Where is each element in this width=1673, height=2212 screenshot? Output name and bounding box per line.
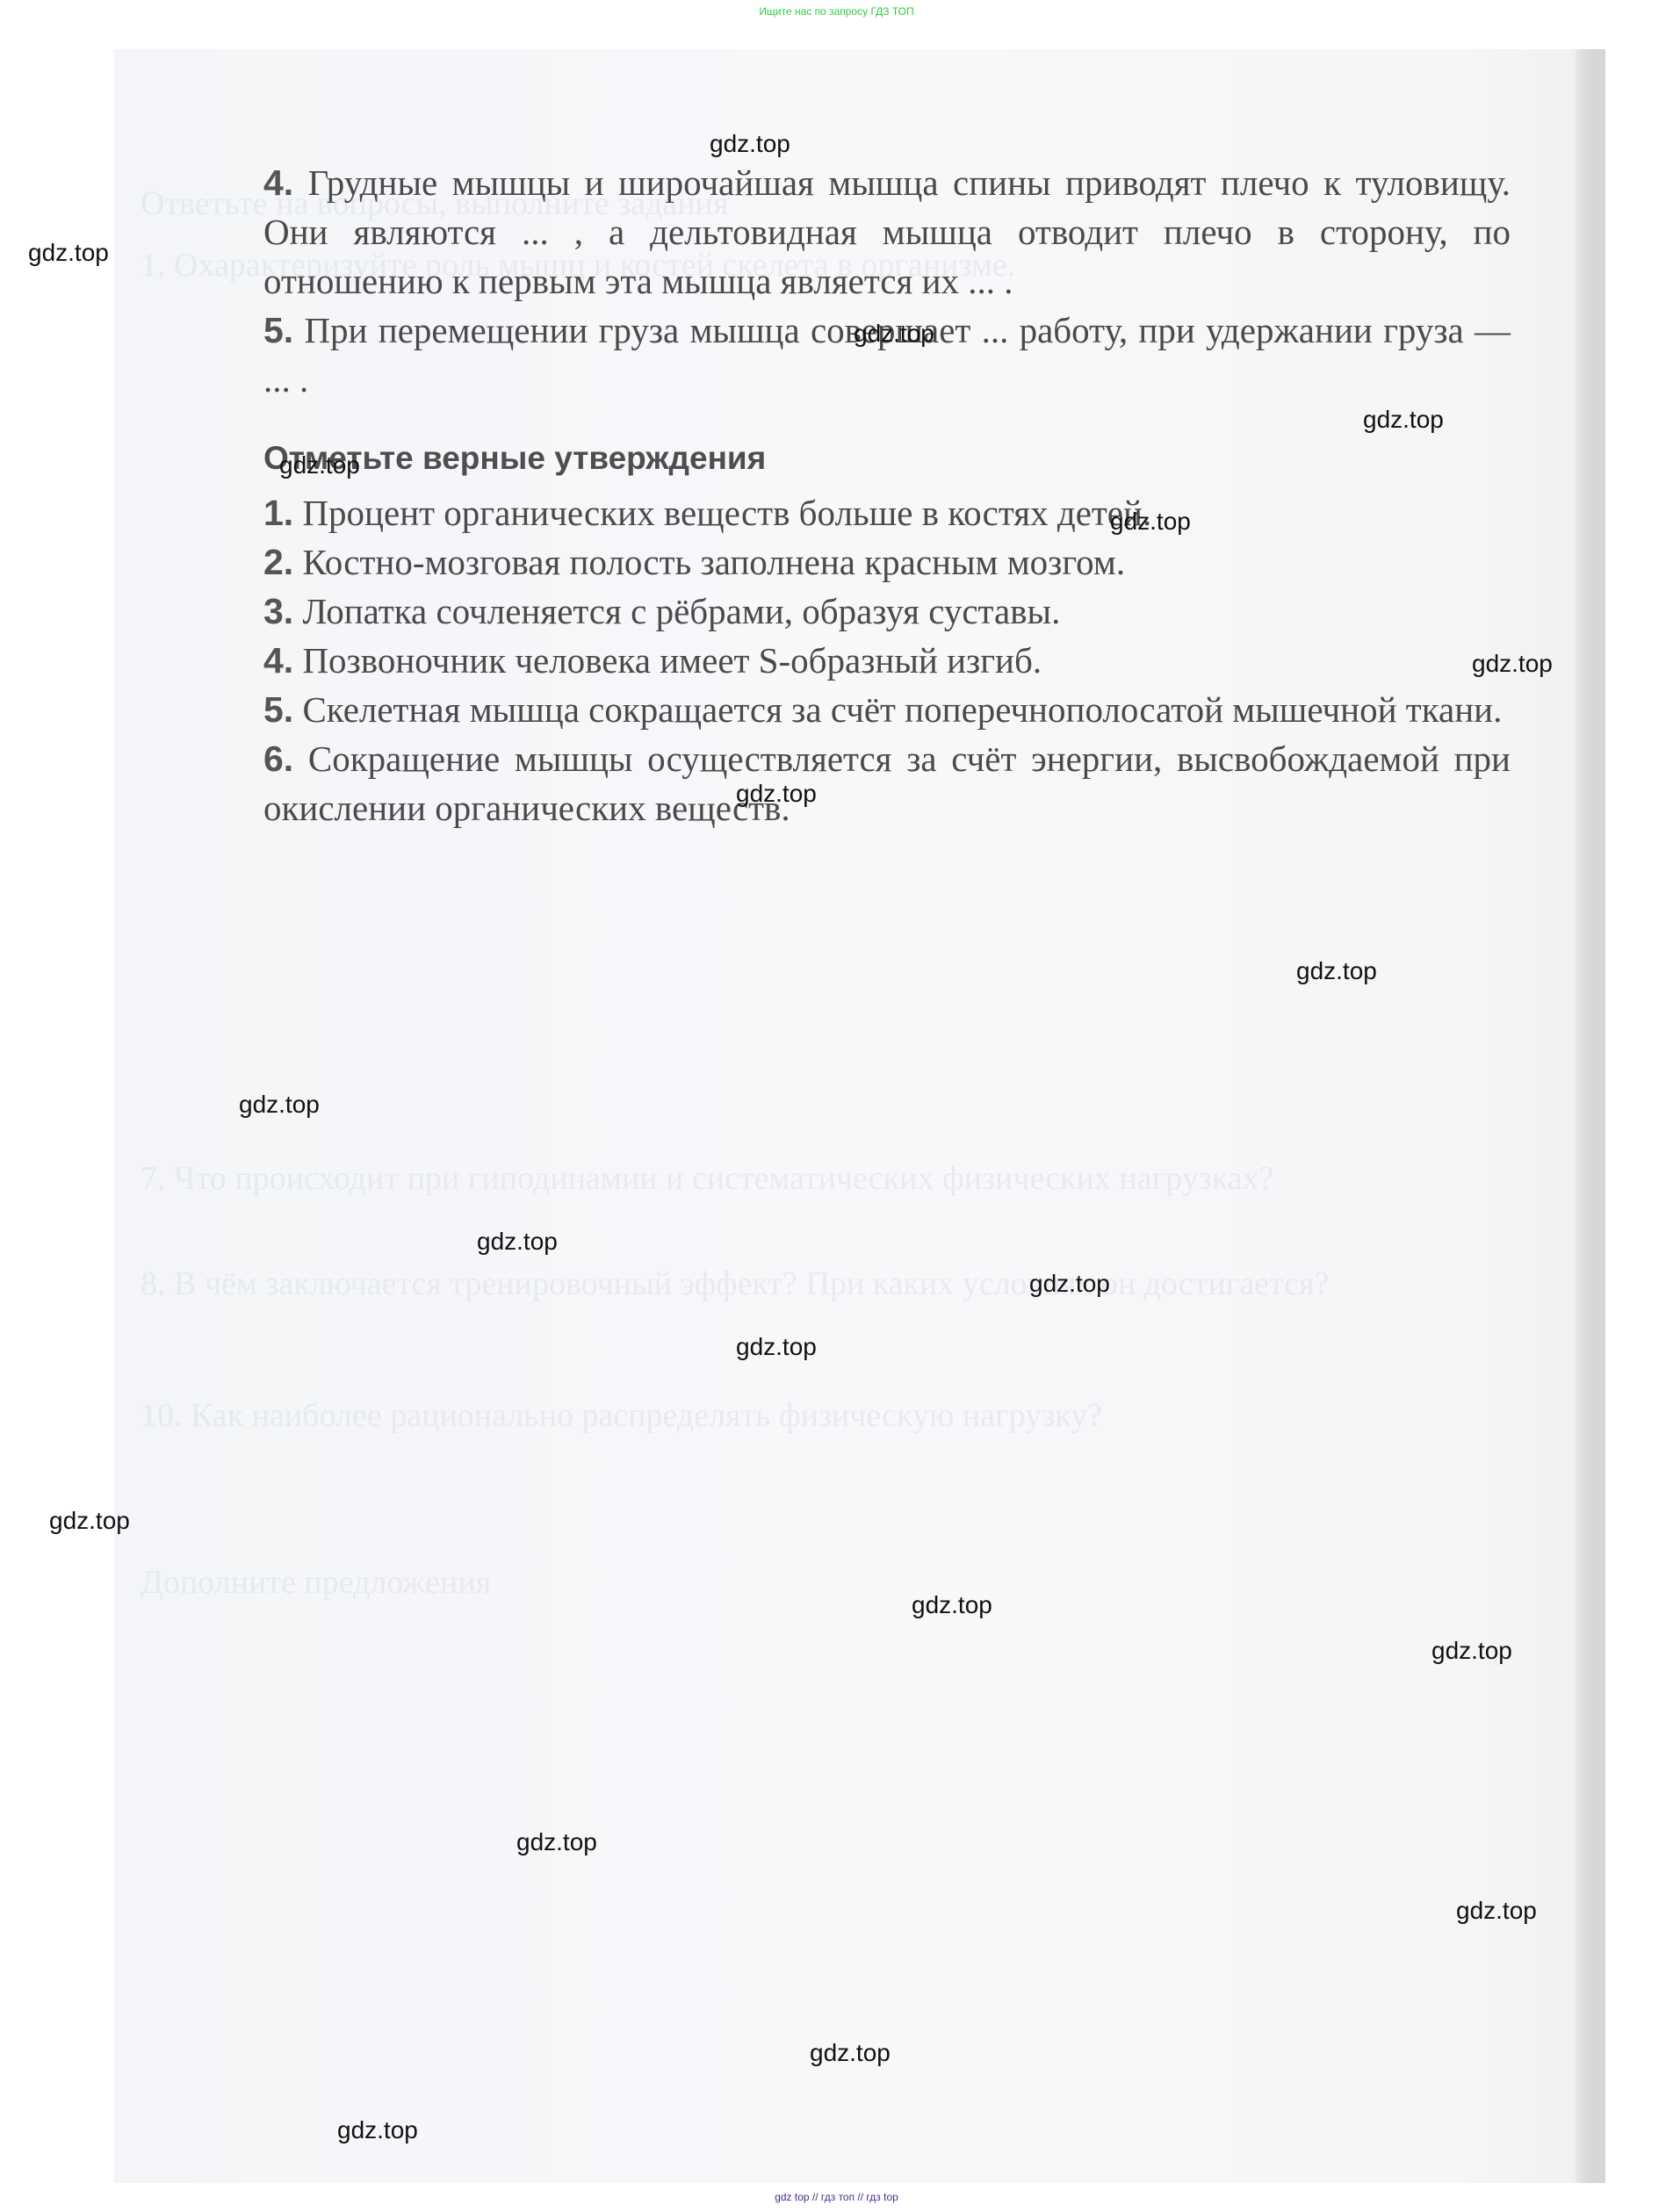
watermark: gdz.top bbox=[736, 780, 817, 808]
item-text: Костно-мозговая полость заполнена красны… bbox=[302, 542, 1125, 582]
top-banner: Ищите нас по запросу ГДЗ ТОП bbox=[0, 5, 1673, 18]
statement-item: 5. Скелетная мышца сокращается за счёт п… bbox=[263, 685, 1511, 734]
statement-item: 1. Процент органических веществ больше в… bbox=[263, 488, 1511, 537]
watermark: gdz.top bbox=[1431, 1637, 1512, 1665]
item-number: 4. bbox=[263, 162, 293, 203]
bleed-through-line: 7. Что происходит при гиподинамии и сист… bbox=[141, 1156, 1546, 1202]
watermark: gdz.top bbox=[810, 2039, 891, 2067]
watermark: gdz.top bbox=[337, 2116, 418, 2144]
bleed-through-line: 10. Как наиболее рационально распределят… bbox=[141, 1393, 1546, 1439]
item-text: Сокращение мышцы осуществляется за счёт … bbox=[263, 739, 1511, 828]
item-text: Позвоночник человека имеет S-образный из… bbox=[302, 640, 1042, 681]
statement-item: 6. Сокращение мышцы осуществляется за сч… bbox=[263, 734, 1511, 832]
page-binding-shadow bbox=[1576, 49, 1605, 2183]
watermark: gdz.top bbox=[49, 1507, 130, 1535]
watermark: gdz.top bbox=[28, 239, 109, 267]
item-number: 5. bbox=[263, 310, 293, 350]
watermark: gdz.top bbox=[279, 451, 360, 479]
item-text: Скелетная мышца сокращается за счёт попе… bbox=[302, 689, 1502, 730]
watermark: gdz.top bbox=[239, 1091, 320, 1119]
watermark: gdz.top bbox=[912, 1591, 992, 1619]
statement-item: 4. Позвоночник человека имеет S-образный… bbox=[263, 636, 1511, 685]
item-text: Грудные мышцы и широчайшая мышца спины п… bbox=[263, 162, 1511, 301]
statement-item: 2. Костно-мозговая полость заполнена кра… bbox=[263, 537, 1511, 587]
watermark: gdz.top bbox=[516, 1828, 597, 1856]
item-text: Лопатка сочленяется с рёбрами, образуя с… bbox=[302, 591, 1060, 631]
watermark: gdz.top bbox=[477, 1228, 558, 1256]
watermark: gdz.top bbox=[736, 1333, 817, 1361]
bleed-through-line: Дополните предложения bbox=[141, 1560, 1546, 1606]
watermark: gdz.top bbox=[1363, 406, 1444, 434]
item-text: Процент органических веществ больше в ко… bbox=[302, 493, 1151, 533]
bottom-banner: gdz top // гдз топ // гдз top bbox=[0, 2191, 1673, 2203]
item-number: 6. bbox=[263, 739, 293, 779]
item-number: 1. bbox=[263, 493, 293, 533]
section-heading: Отметьте верные утверждения bbox=[263, 434, 1511, 483]
bleed-through-line: 8. В чём заключается тренировочный эффек… bbox=[141, 1261, 1546, 1308]
item-number: 4. bbox=[263, 640, 293, 681]
watermark: gdz.top bbox=[1472, 650, 1553, 678]
watermark: gdz.top bbox=[1456, 1897, 1537, 1925]
watermark: gdz.top bbox=[1029, 1270, 1110, 1298]
item-number: 2. bbox=[263, 542, 293, 582]
watermark: gdz.top bbox=[710, 130, 790, 158]
fill-in-item-4: 4. Грудные мышцы и широчайшая мышца спин… bbox=[263, 158, 1511, 306]
item-number: 5. bbox=[263, 689, 293, 730]
item-number: 3. bbox=[263, 591, 293, 631]
statement-item: 3. Лопатка сочленяется с рёбрами, образу… bbox=[263, 587, 1511, 636]
watermark: gdz.top bbox=[1296, 957, 1377, 985]
watermark: gdz.top bbox=[1110, 508, 1191, 536]
watermark: gdz.top bbox=[854, 320, 934, 348]
exercise-content: 4. Грудные мышцы и широчайшая мышца спин… bbox=[263, 158, 1511, 832]
